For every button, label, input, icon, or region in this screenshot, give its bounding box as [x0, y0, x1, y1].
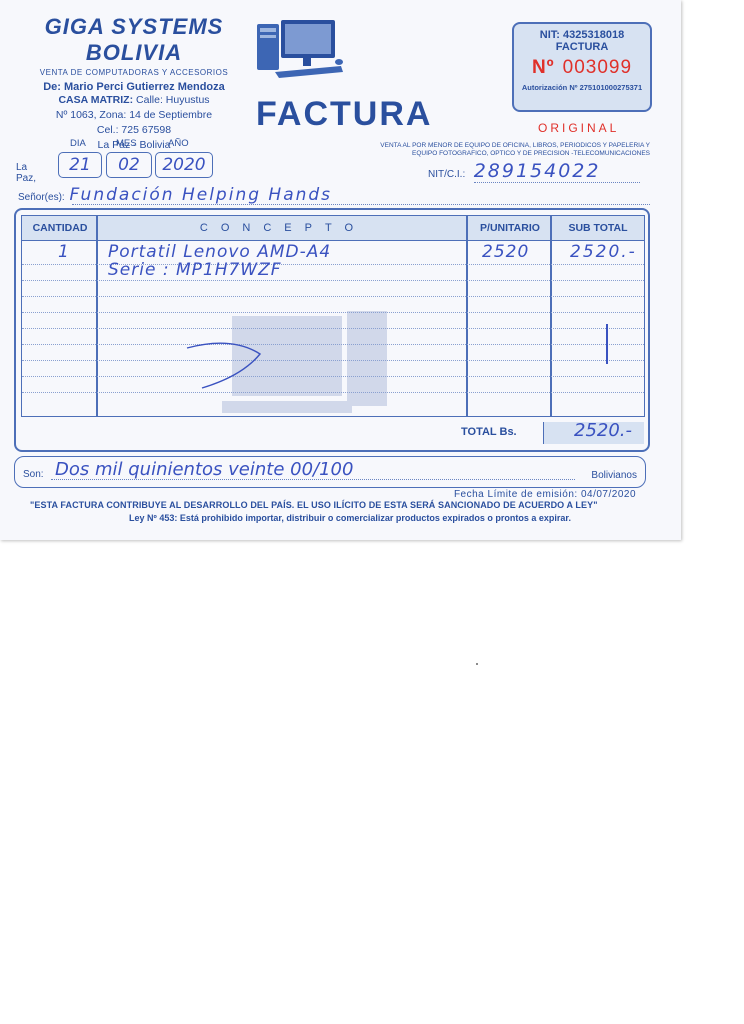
customer-name-label: Señor(es):	[18, 192, 65, 203]
invoice-type: FACTURA	[514, 41, 650, 53]
amount-in-words-field[interactable]: Son: Dos mil quinientos veinte 00/100 Bo…	[14, 456, 646, 488]
total-label: TOTAL Bs.	[461, 426, 517, 438]
row-rule	[22, 328, 644, 329]
customer-nit-value: 289154022	[474, 160, 641, 183]
invoice-paper: GIGA SYSTEMS BOLIVIA VENTA DE COMPUTADOR…	[0, 0, 681, 540]
day-field[interactable]: 21	[58, 152, 102, 178]
customer-name-value: Fundación Helping Hands	[69, 185, 332, 205]
row-rule	[22, 360, 644, 361]
customer-name-field[interactable]: Señor(es): Fundación Helping Hands	[18, 185, 650, 205]
company-name: GIGA SYSTEMS BOLIVIA	[18, 14, 250, 66]
amount-words-value: Dos mil quinientos veinte 00/100	[55, 459, 353, 480]
currency-label: Bolivianos	[591, 470, 637, 481]
copy-label: ORIGINAL	[538, 121, 619, 135]
company-phone: Cel.: 725 67598	[18, 123, 250, 138]
invoice-number: Nº003099	[514, 57, 650, 79]
month-label: MES	[116, 138, 137, 149]
amount-words-label: Son:	[23, 469, 44, 480]
law-notice: Ley Nº 453: Está prohibido importar, dis…	[70, 513, 630, 523]
item-subtotal: 2520.-	[570, 242, 637, 262]
handwritten-strike-mark	[182, 336, 282, 396]
items-grid: CANTIDAD CONCEPTO P/UNITARIO SUB TOTAL 1…	[21, 215, 645, 417]
company-header: GIGA SYSTEMS BOLIVIA VENTA DE COMPUTADOR…	[18, 14, 250, 153]
issue-deadline: Fecha Límite de emisión: 04/07/2020	[420, 489, 636, 500]
items-table: CANTIDAD CONCEPTO P/UNITARIO SUB TOTAL 1…	[14, 208, 650, 452]
item-quantity: 1	[58, 242, 69, 262]
address-line2: Nº 1063, Zona: 14 de Septiembre	[18, 108, 250, 123]
row-rule	[22, 392, 644, 393]
company-tagline: VENTA DE COMPUTADORAS Y ACCESORIOS	[18, 68, 250, 77]
customer-nit-field[interactable]: NIT/C.I.: 289154022	[428, 160, 650, 182]
issuer-nit: NIT: 4325318018	[514, 29, 650, 41]
dotted-line	[72, 204, 650, 205]
customer-nit-label: NIT/C.I.:	[428, 169, 465, 180]
item-concept-line1: Portatil Lenovo AMD-A4	[108, 242, 331, 262]
address-street: Calle: Huyustus	[136, 94, 210, 106]
authorization-number: Autorización Nº 275101000275371	[514, 83, 650, 92]
total-row: TOTAL Bs. 2520.-	[21, 422, 643, 444]
row-rule	[22, 376, 644, 377]
address-label: CASA MATRIZ:	[58, 94, 133, 106]
number-prefix: Nº	[532, 57, 555, 78]
item-concept-line2: Serie : MP1H7WZF	[108, 260, 282, 280]
handwritten-line-mark	[606, 324, 608, 364]
number-value: 003099	[563, 57, 632, 78]
year-label: AÑO	[168, 138, 189, 149]
legal-legend: "ESTA FACTURA CONTRIBUYE AL DESARROLLO D…	[30, 500, 650, 510]
day-label: DIA	[70, 138, 86, 149]
computer-logo-icon	[255, 18, 345, 80]
row-rule	[22, 280, 644, 281]
total-value: 2520.-	[574, 420, 632, 441]
column-divider	[466, 216, 468, 416]
scan-speck	[476, 663, 478, 665]
year-field[interactable]: 2020	[155, 152, 213, 178]
header-subtotal: SUB TOTAL	[552, 216, 644, 240]
item-unit-price: 2520	[482, 242, 529, 262]
total-box: 2520.-	[543, 422, 644, 444]
header-unit-price: P/UNITARIO	[468, 216, 552, 240]
document-title: FACTURA	[256, 95, 432, 134]
row-rule	[22, 344, 644, 345]
dotted-line	[51, 479, 575, 480]
company-owner: De: Mario Perci Gutierrez Mendoza	[18, 81, 250, 93]
month-field[interactable]: 02	[106, 152, 152, 178]
header-quantity: CANTIDAD	[22, 216, 98, 240]
city-label: La Paz,	[16, 162, 36, 184]
column-divider	[96, 216, 98, 416]
company-address: CASA MATRIZ: Calle: Huyustus	[18, 93, 250, 108]
row-rule	[22, 312, 644, 313]
business-activity: VENTA AL POR MENOR DE EQUIPO DE OFICINA,…	[362, 142, 650, 158]
invoice-number-box: NIT: 4325318018 FACTURA Nº003099 Autoriz…	[512, 22, 652, 112]
row-rule	[22, 296, 644, 297]
column-divider	[550, 216, 552, 416]
header-concept: CONCEPTO	[98, 216, 468, 240]
